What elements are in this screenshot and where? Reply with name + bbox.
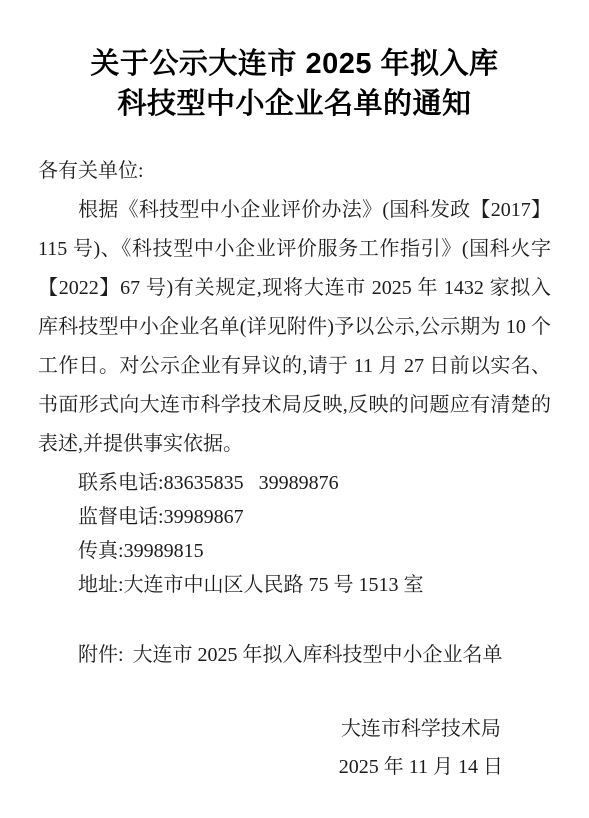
supervision-phone-label: 监督电话: xyxy=(78,506,164,528)
fax-line: 传真:39989815 xyxy=(38,534,551,568)
address-label: 地址: xyxy=(78,574,124,596)
fax-label: 传真: xyxy=(78,540,124,562)
attachment-label: 附件: xyxy=(78,644,124,666)
signature-block: 大连市科学技术局 2025 年 11 月 14 日 xyxy=(339,710,503,786)
supervision-phone-line: 监督电话:39989867 xyxy=(38,500,551,534)
body-paragraph: 根据《科技型中小企业评价办法》(国科发政【2017】115 号)、《科技型中小企… xyxy=(38,191,551,464)
address-value: 大连市中山区人民路 75 号 1513 室 xyxy=(124,574,424,596)
attachment-line: 附件:大连市 2025 年拟入库科技型中小企业名单 xyxy=(38,638,551,672)
contact-block: 联系电话:83635835 39989876 监督电话:39989867 传真:… xyxy=(38,466,551,602)
contact-phone-label: 联系电话: xyxy=(78,472,164,494)
notice-document-page: 关于公示大连市 2025 年拟入库 科技型中小企业名单的通知 各有关单位: 根据… xyxy=(0,0,589,818)
supervision-phone-value: 39989867 xyxy=(164,506,244,528)
document-title: 关于公示大连市 2025 年拟入库 科技型中小企业名单的通知 xyxy=(38,44,551,124)
title-line-2: 科技型中小企业名单的通知 xyxy=(38,84,551,124)
contact-phone-value: 83635835 39989876 xyxy=(164,472,339,494)
fax-value: 39989815 xyxy=(124,540,204,562)
address-line: 地址:大连市中山区人民路 75 号 1513 室 xyxy=(38,568,551,602)
issuer-name: 大连市科学技术局 xyxy=(339,710,503,748)
issue-date: 2025 年 11 月 14 日 xyxy=(339,748,503,786)
title-line-1: 关于公示大连市 2025 年拟入库 xyxy=(38,44,551,84)
contact-phone-line: 联系电话:83635835 39989876 xyxy=(38,466,551,500)
attachment-text: 大连市 2025 年拟入库科技型中小企业名单 xyxy=(133,644,503,666)
salutation: 各有关单位: xyxy=(38,152,551,191)
